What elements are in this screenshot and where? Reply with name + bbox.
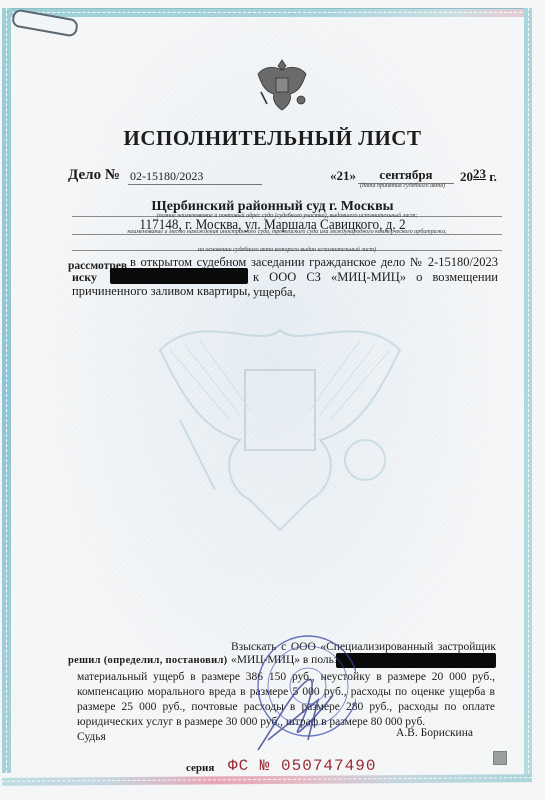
hologram-sticker-icon xyxy=(493,751,507,765)
case-label: Дело № xyxy=(68,167,120,184)
court-act-caption: на основании судебного акта которого выд… xyxy=(72,247,502,253)
considered-line-3: причиненного заливом квартиры, xyxy=(72,284,250,299)
guilloche-frame-right xyxy=(524,8,532,778)
document-title: ИСПОЛНИТЕЛЬНЫЙ ЛИСТ xyxy=(0,126,545,151)
claim-label: иску xyxy=(72,270,97,285)
decision-label: решил (определил, постановил) xyxy=(68,655,227,666)
series-label: серия xyxy=(186,762,214,774)
court-seal-icon xyxy=(238,620,356,760)
coat-of-arms-emblem-icon xyxy=(252,52,312,112)
year-suffix: 23 xyxy=(473,166,486,181)
series-number: ФС № 050747490 xyxy=(228,757,376,775)
guilloche-frame-top xyxy=(2,8,532,17)
date-year: 2023 г. xyxy=(460,166,497,185)
date-caption: (дата принятия судебного акта) xyxy=(360,183,445,189)
considered-line-2: к ООО СЗ «МИЦ-МИЦ» о возмещении ущерба, xyxy=(253,270,498,300)
coat-of-arms-watermark-icon xyxy=(140,290,420,540)
judge-name: А.В. Борискина xyxy=(396,726,473,741)
redacted-recipient-name xyxy=(336,653,496,668)
year-prefix: 20 xyxy=(460,169,473,184)
date-month: сентября xyxy=(358,167,454,184)
date-day: «21» xyxy=(330,168,356,184)
foreign-court-caption: наименование и место нахождения иностран… xyxy=(72,229,502,235)
redacted-plaintiff-name xyxy=(110,268,248,284)
guilloche-frame-left xyxy=(2,8,11,773)
case-number: 02-15180/2023 xyxy=(128,169,262,185)
year-unit: г. xyxy=(489,169,497,184)
judge-label: Судья xyxy=(77,730,106,745)
